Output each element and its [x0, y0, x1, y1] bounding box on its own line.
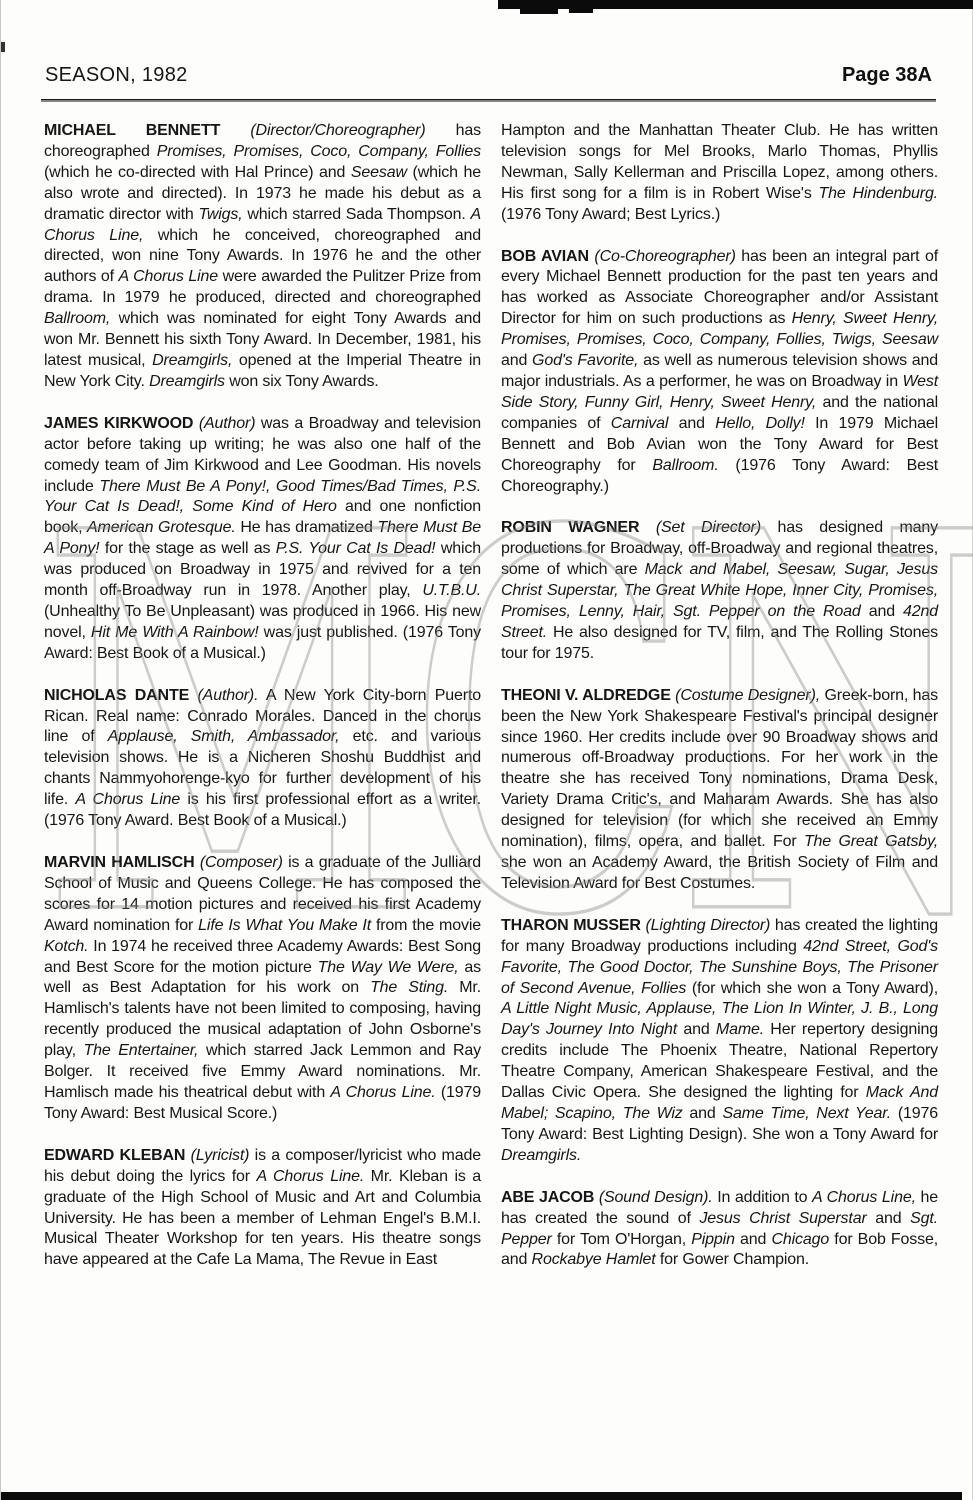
right-column: Hampton and the Manhattan Theater Club. … — [501, 121, 938, 1271]
bio-edward-kleban: EDWARD KLEBAN (Lyricist) is a composer/l… — [44, 1146, 481, 1271]
bio-nicholas-dante: NICHOLAS DANTE (Author). A New York City… — [44, 686, 481, 832]
bio-abe-jacob: ABE JACOB (Sound Design). In addition to… — [501, 1188, 938, 1272]
season-title: SEASON, 1982 — [45, 64, 188, 87]
bio-tharon-musser: THARON MUSSER (Lighting Director) has cr… — [501, 916, 938, 1167]
scanned-page: SEASON, 1982 Page 38A MICHAEL BENNETT (D… — [0, 0, 973, 1500]
text-columns: MICHAEL BENNETT (Director/Choreographer)… — [44, 121, 938, 1271]
page-header: SEASON, 1982 Page 38A — [45, 64, 932, 87]
scan-artifact-bottom-bar — [1, 1492, 962, 1500]
bio-james-kirkwood: JAMES KIRKWOOD (Author) was a Broadway a… — [44, 414, 481, 665]
left-column: MICHAEL BENNETT (Director/Choreographer)… — [44, 121, 481, 1271]
scan-artifact-mark — [1, 42, 5, 52]
bio-theoni-aldredge: THEONI V. ALDREDGE (Costume Designer), G… — [501, 686, 938, 895]
bio-robin-wagner: ROBIN WAGNER (Set Director) has designed… — [501, 518, 938, 664]
scan-artifact-mark — [520, 8, 558, 14]
bio-bob-avian: BOB AVIAN (Co-Choreographer) has been an… — [501, 247, 938, 498]
header-divider — [41, 99, 936, 102]
page-number: Page 38A — [842, 64, 932, 87]
bio-marvin-hamlisch: MARVIN HAMLISCH (Composer) is a graduate… — [44, 853, 481, 1125]
bio-edward-kleban-continued: Hampton and the Manhattan Theater Club. … — [501, 121, 938, 226]
bio-michael-bennett: MICHAEL BENNETT (Director/Choreographer)… — [44, 121, 481, 393]
scan-artifact-mark — [569, 8, 593, 13]
